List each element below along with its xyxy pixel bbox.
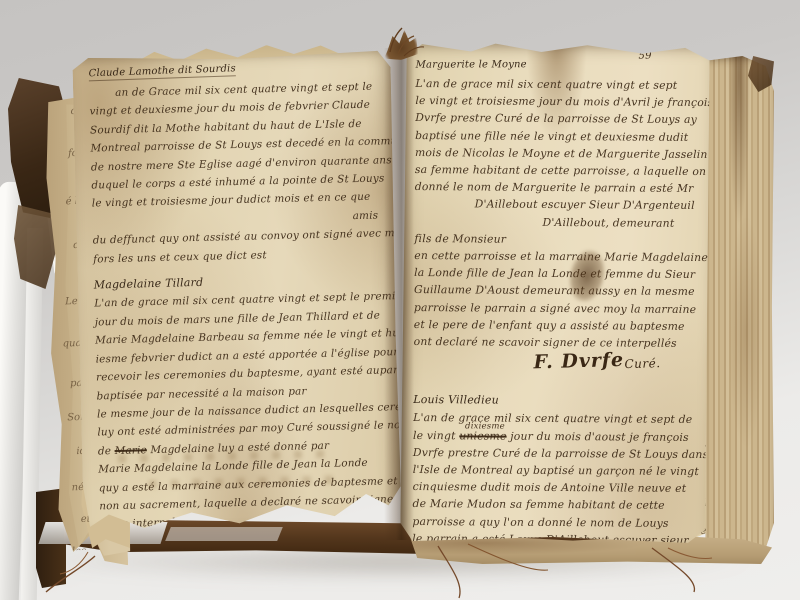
manuscript-line: l'Isle de Montreal ay baptisé un garçon … — [413, 461, 701, 480]
manuscript-line: parroisse a quy l'on a donné le nom de L… — [412, 513, 700, 532]
gutter-shadow — [384, 48, 414, 540]
priest-signature-title: Curé. — [624, 355, 661, 373]
manuscript-line: ont declaré ne scavoir signer de ce inte… — [414, 333, 702, 352]
manuscript-line: de Marie Mudon sa femme habitant de cett… — [412, 495, 700, 514]
manuscript-line: en cette parroisse et la marraine Marie … — [414, 247, 702, 266]
manuscript-line: Guillaume D'Aoust demeurant aussy en la … — [414, 281, 702, 300]
manuscript-line: L'an de grace mil six cent quatre vingt … — [413, 409, 701, 428]
manuscript-line: la Londe fille de Jean la Londe et femme… — [414, 264, 702, 283]
line-pre: le vingt — [413, 429, 459, 442]
stack-fragment: qua — [62, 338, 81, 350]
fore-edge-page-block — [704, 56, 774, 558]
manuscript-line: baptisé une fille née le vingt et deuxie… — [415, 127, 703, 146]
manuscript-line: parroisse le parrain a signé avec moy la… — [414, 299, 702, 318]
photo-scene: { "photo": { "description": "Photograph … — [0, 0, 800, 600]
manuscript-line: le vingt et troisiesme jour du mois d'Av… — [415, 92, 703, 111]
left-page: Claude Lamothe dit Sourdis an de Grace m… — [72, 48, 402, 532]
manuscript-line: cinquiesme dudit mois de Antoine Ville n… — [413, 478, 701, 497]
entry-heading-burial: Claude Lamothe dit Sourdis — [88, 62, 236, 81]
manuscript-line: L'an de grace mil six cent quatre vingt … — [415, 75, 703, 94]
manuscript-line: fils de Monsieur — [414, 230, 702, 249]
entry-heading-baptism-louis: Louis Villedieu — [413, 393, 499, 408]
manuscript-line: donné le nom de Marguerite le parrain a … — [415, 178, 703, 197]
plexiglass-strip-2 — [165, 527, 283, 541]
manuscript-line: Dvrfe prestre Curé de la parroisse de St… — [413, 444, 701, 463]
priest-signature: F. Dvrfe — [533, 352, 624, 372]
manuscript-line: sa femme habitant de cette parroisse, a … — [415, 161, 703, 180]
right-page: 59 Marguerite le Moyne L'an de grace mil… — [400, 41, 709, 545]
entry-heading-baptism: Magdelaine Tillard — [94, 276, 204, 293]
manuscript-line: mois de Nicolas le Moyne et de Marguerit… — [415, 144, 703, 163]
signature-block: F. Dvrfe Curé. — [533, 353, 701, 373]
right-page-text: Marguerite le Moyne L'an de grace mil si… — [412, 55, 704, 545]
manuscript-line: et le pere de l'enfant quy a assisté au … — [414, 316, 702, 335]
manuscript-line: D'Aillebout escuyer Sieur D'Argenteuil — [415, 195, 703, 214]
frayed-spine-tuft — [384, 30, 418, 60]
line-post: jour du mois d'aoust je françois — [507, 429, 689, 443]
manuscript-line-with-correction: le vingt uniesmedixiesme jour du mois d'… — [413, 427, 701, 446]
manuscript-line: Dvrfe prestre Curé de la parroisse de St… — [415, 109, 703, 128]
inserted-word: dixiesme — [465, 418, 505, 435]
manuscript-line: D'Aillebout, demeurant — [414, 213, 702, 232]
entry-heading-baptism-marguerite: Marguerite le Moyne — [416, 58, 527, 71]
